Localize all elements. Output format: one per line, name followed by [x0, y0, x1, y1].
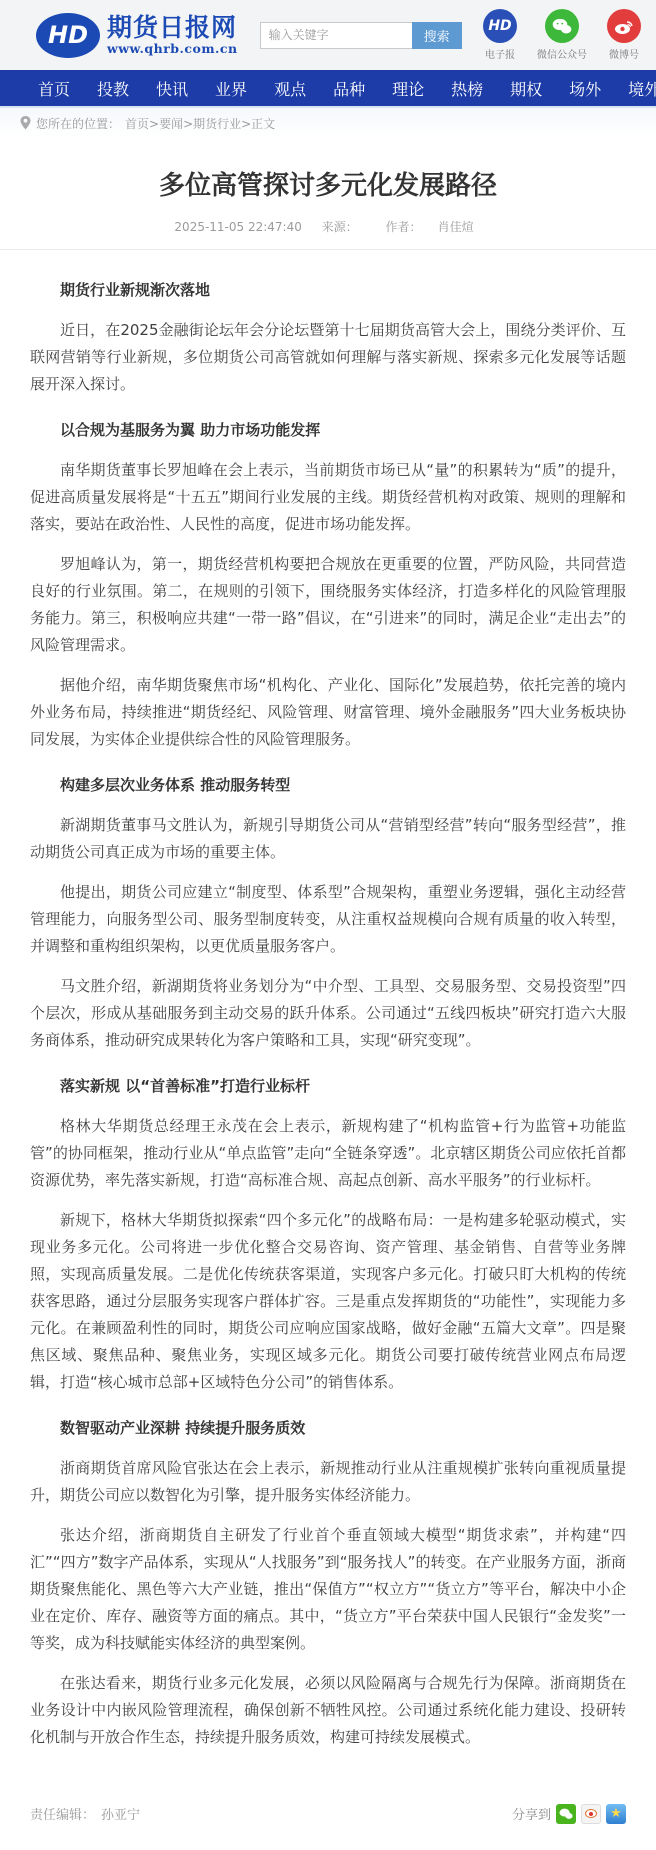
search-input[interactable]: [260, 22, 412, 49]
nav-item-5[interactable]: 品种: [333, 77, 365, 100]
weibo-label: 微博号: [609, 46, 639, 61]
breadcrumb-path[interactable]: 首页>要闻>期货行业>正文: [125, 115, 275, 132]
wechat-link[interactable]: 微信公众号: [537, 9, 587, 61]
article-title: 多位高管探讨多元化发展路径: [28, 170, 628, 204]
breadcrumb-prefix: 您所在的位置：: [36, 115, 120, 132]
site-logo[interactable]: HD 期货日报网 www.qhrb.com.cn: [36, 13, 238, 58]
editor-name: 孙亚宁: [101, 1804, 140, 1823]
article-paragraph: 张达介绍，浙商期货自主研发了行业首个垂直领域大模型“期货求索”，并构建“四汇”“…: [30, 1522, 626, 1657]
article-paragraph: 格林大华期货总经理王永茂在会上表示，新规构建了“机构监管+行为监管+功能监管”的…: [30, 1113, 626, 1194]
nav-item-1[interactable]: 投教: [97, 77, 129, 100]
article-footer: 责任编辑： 孙亚宁 分享到: [0, 1764, 656, 1850]
editor-label: 责任编辑：: [30, 1804, 95, 1823]
article-author: 作者：肖佳煊: [378, 220, 482, 234]
share-bar: 分享到: [512, 1804, 626, 1824]
location-pin-icon: [20, 116, 31, 130]
article-paragraph: 新规下，格林大华期货拟探索“四个多元化”的战略布局：一是构建多轮驱动模式，实现业…: [30, 1207, 626, 1396]
epaper-link[interactable]: HD 电子报: [478, 9, 522, 61]
section-heading: 期货行业新规渐次落地: [30, 277, 626, 304]
nav-item-0[interactable]: 首页: [38, 77, 70, 100]
breadcrumb: 您所在的位置： 首页>要闻>期货行业>正文: [0, 106, 656, 138]
article-paragraph: 据他介绍，南华期货聚焦市场“机构化、产业化、国际化”发展趋势，依托完善的境内外业…: [30, 672, 626, 753]
wechat-label: 微信公众号: [537, 46, 587, 61]
nav-item-7[interactable]: 热榜: [451, 77, 483, 100]
wechat-share-icon[interactable]: [556, 1804, 576, 1824]
main-nav: 首页投教快讯业界观点品种理论热榜期权场外境外数据: [0, 70, 656, 106]
site-name: 期货日报网: [107, 15, 238, 40]
share-label: 分享到: [512, 1804, 551, 1823]
search-bar: 搜索: [260, 22, 462, 49]
nav-item-9[interactable]: 场外: [569, 77, 601, 100]
article-paragraph: 浙商期货首席风险官张达在会上表示，新规推动行业从注重规模扩张转向重视质量提升，期…: [30, 1455, 626, 1509]
search-button[interactable]: 搜索: [412, 22, 462, 49]
weibo-icon: [607, 9, 641, 43]
site-header: HD 期货日报网 www.qhrb.com.cn 搜索 HD 电子报 微信公众号: [0, 0, 656, 70]
article-paragraph: 新湖期货董事马文胜认为，新规引导期货公司从“营销型经营”转向“服务型经营”，推动…: [30, 812, 626, 866]
wechat-icon: [545, 9, 579, 43]
article-paragraph: 在张达看来，期货行业多元化发展，必须以风险隔离与合规先行为保障。浙商期货在业务设…: [30, 1670, 626, 1751]
article-paragraph: 罗旭峰认为，第一，期货经营机构要把合规放在更重要的位置，严防风险，共同营造良好的…: [30, 551, 626, 659]
section-heading: 以合规为基服务为翼 助力市场功能发挥: [30, 417, 626, 444]
article-header: 多位高管探讨多元化发展路径 2025-11-05 22:47:40 来源： 作者…: [0, 138, 656, 250]
section-heading: 构建多层次业务体系 推动服务转型: [30, 772, 626, 799]
site-url: www.qhrb.com.cn: [107, 43, 238, 56]
article-paragraph: 近日，在2025金融街论坛年会分论坛暨第十七届期货高管大会上，围绕分类评价、互联…: [30, 317, 626, 398]
section-heading: 落实新规 以“首善标准”打造行业标杆: [30, 1073, 626, 1100]
section-heading: 数智驱动产业深耕 持续提升服务质效: [30, 1415, 626, 1442]
weibo-share-icon[interactable]: [581, 1804, 601, 1824]
qzone-share-icon[interactable]: [606, 1804, 626, 1824]
epaper-label: 电子报: [485, 46, 515, 61]
article-paragraph: 马文胜介绍，新湖期货将业务划分为“中介型、工具型、交易服务型、交易投资型”四个层…: [30, 973, 626, 1054]
editor-line: 责任编辑： 孙亚宁: [30, 1804, 140, 1823]
nav-item-8[interactable]: 期权: [510, 77, 542, 100]
epaper-icon: HD: [483, 9, 517, 43]
article-source-label: 来源：: [322, 220, 358, 234]
nav-item-3[interactable]: 业界: [215, 77, 247, 100]
nav-item-6[interactable]: 理论: [392, 77, 424, 100]
article-body: 期货行业新规渐次落地近日，在2025金融街论坛年会分论坛暨第十七届期货高管大会上…: [0, 254, 656, 1751]
article-paragraph: 南华期货董事长罗旭峰在会上表示，当前期货市场已从“量”的积累转为“质”的提升，促…: [30, 457, 626, 538]
article-paragraph: 他提出，期货公司应建立“制度型、体系型”合规架构，重塑业务逻辑，强化主动经营管理…: [30, 879, 626, 960]
weibo-link[interactable]: 微博号: [602, 9, 646, 61]
quick-links: HD 电子报 微信公众号: [478, 9, 646, 61]
logo-emblem-icon: HD: [36, 13, 100, 58]
article-datetime: 2025-11-05 22:47:40: [174, 220, 301, 234]
nav-item-4[interactable]: 观点: [274, 77, 306, 100]
nav-item-2[interactable]: 快讯: [156, 77, 188, 100]
nav-item-10[interactable]: 境外: [628, 77, 656, 100]
article-meta: 2025-11-05 22:47:40 来源： 作者：肖佳煊: [28, 218, 628, 249]
